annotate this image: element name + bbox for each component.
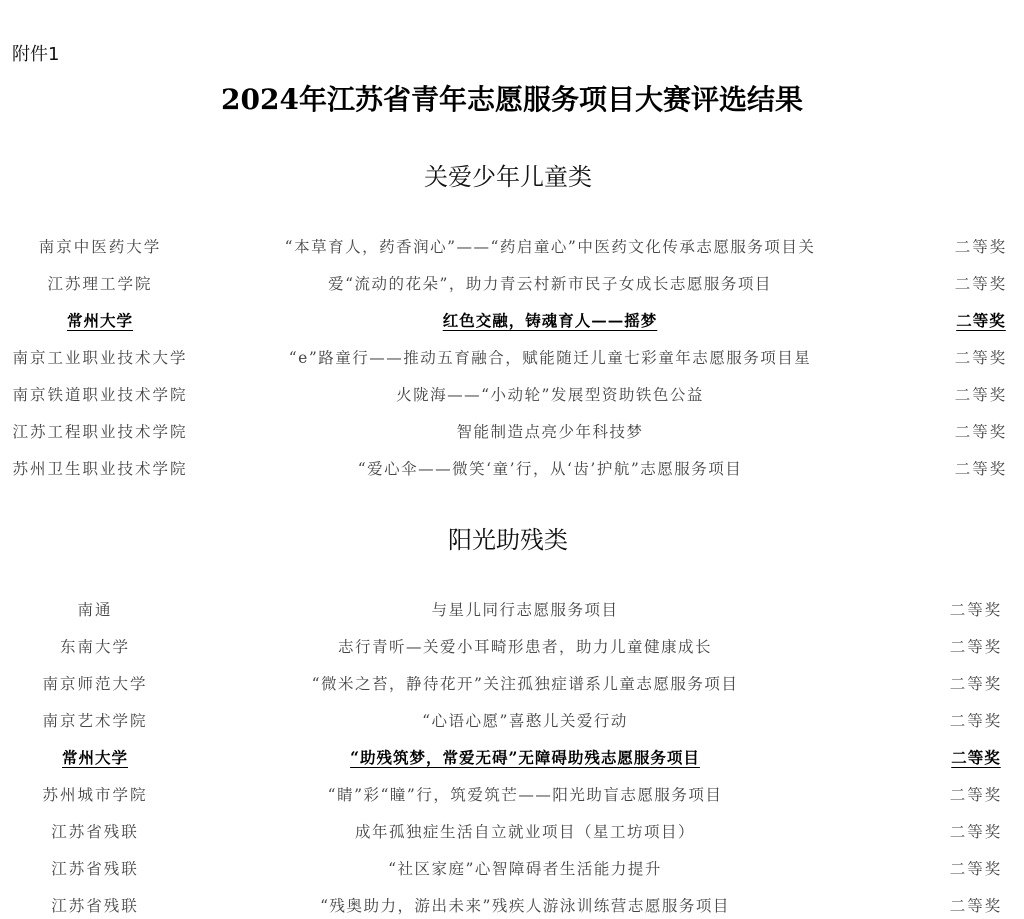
project-name: 爱“流动的花朵”，助力青云村新市民子女成长志愿服务项目 (250, 272, 850, 294)
result-row: 江苏省残联 “残奥助力，游出未来”残疾人游泳训练营志愿服务项目 二等奖 (0, 894, 1024, 919)
organization-name: 东南大学 (0, 635, 190, 657)
result-row: 南京艺术学院 “心语心愿”喜憨儿关爱行动 二等奖 (0, 709, 1024, 737)
award-level: 二等奖 (940, 709, 1012, 731)
result-row-highlighted: 常州大学 红色交融，铸魂育人——摇梦 二等奖 (0, 309, 1024, 337)
project-name: “微米之苔，静待花开”关注孤独症谱系儿童志愿服务项目 (270, 672, 780, 694)
result-row: 江苏省残联 成年孤独症生活自立就业项目（星工坊项目） 二等奖 (0, 820, 1024, 848)
organization-name: 南京工业职业技术大学 (0, 346, 200, 368)
award-level: 二等奖 (945, 420, 1017, 442)
project-name: “残奥助力，游出未来”残疾人游泳训练营志愿服务项目 (270, 894, 780, 916)
result-row: 江苏理工学院 爱“流动的花朵”，助力青云村新市民子女成长志愿服务项目 二等奖 (0, 272, 1024, 300)
result-row: 南京师范大学 “微米之苔，静待花开”关注孤独症谱系儿童志愿服务项目 二等奖 (0, 672, 1024, 700)
result-row: 苏州城市学院 “睛”彩“瞳”行，筑爱筑芒——阳光助盲志愿服务项目 二等奖 (0, 783, 1024, 811)
result-row: 苏州卫生职业技术学院 “爱心伞——微笑‘童’行，从‘齿’护航”志愿服务项目 二等… (0, 457, 1024, 485)
project-name: “睛”彩“瞳”行，筑爱筑芒——阳光助盲志愿服务项目 (270, 783, 780, 805)
award-level: 二等奖 (940, 635, 1012, 657)
award-level: 二等奖 (945, 383, 1017, 405)
project-name: 红色交融，铸魂育人——摇梦 (250, 309, 850, 331)
result-row: 南京铁道职业技术学院 火陇海——“小动轮”发展型资助铁色公益 二等奖 (0, 383, 1024, 411)
award-level: 二等奖 (940, 672, 1012, 694)
project-name: 智能制造点亮少年科技梦 (250, 420, 850, 442)
organization-name: 南京中医药大学 (0, 235, 200, 257)
award-level: 二等奖 (945, 235, 1017, 257)
document-title: 2024年江苏省青年志愿服务项目大赛评选结果 (0, 78, 1024, 118)
award-level: 二等奖 (940, 894, 1012, 916)
project-name: “e”路童行——推动五育融合，赋能随迁儿童七彩童年志愿服务项目星 (250, 346, 850, 368)
result-row: 江苏工程职业技术学院 智能制造点亮少年科技梦 二等奖 (0, 420, 1024, 448)
result-row: 东南大学 志行青听—关爱小耳畸形患者，助力儿童健康成长 二等奖 (0, 635, 1024, 663)
project-name: 火陇海——“小动轮”发展型资助铁色公益 (250, 383, 850, 405)
organization-name: 南京师范大学 (0, 672, 190, 694)
project-name: “爱心伞——微笑‘童’行，从‘齿’护航”志愿服务项目 (250, 457, 850, 479)
organization-name: 江苏理工学院 (0, 272, 200, 294)
section-title-disability-assistance: 阳光助残类 (0, 520, 1016, 555)
result-row: 南京中医药大学 “本草育人，药香润心”——“药启童心”中医药文化传承志愿服务项目… (0, 235, 1024, 263)
organization-name: 苏州卫生职业技术学院 (0, 457, 200, 479)
project-name: “心语心愿”喜憨儿关爱行动 (270, 709, 780, 731)
award-level: 二等奖 (940, 857, 1012, 879)
attachment-label: 附件1 (12, 40, 59, 66)
organization-name: 常州大学 (0, 309, 200, 331)
organization-name: 江苏工程职业技术学院 (0, 420, 200, 442)
result-row: 江苏省残联 “社区家庭”心智障碍者生活能力提升 二等奖 (0, 857, 1024, 885)
project-name: “本草育人，药香润心”——“药启童心”中医药文化传承志愿服务项目关 (250, 235, 850, 257)
organization-name: 常州大学 (0, 746, 190, 768)
award-level: 二等奖 (940, 598, 1012, 620)
award-level: 二等奖 (945, 309, 1017, 331)
project-name: “助残筑梦，常爱无碍”无障碍助残志愿服务项目 (270, 746, 780, 768)
award-level: 二等奖 (945, 346, 1017, 368)
result-row-highlighted: 常州大学 “助残筑梦，常爱无碍”无障碍助残志愿服务项目 二等奖 (0, 746, 1024, 774)
award-level: 二等奖 (940, 746, 1012, 768)
organization-name: 南京铁道职业技术学院 (0, 383, 200, 405)
organization-name: 苏州城市学院 (0, 783, 190, 805)
result-row: 南京工业职业技术大学 “e”路童行——推动五育融合，赋能随迁儿童七彩童年志愿服务… (0, 346, 1024, 374)
project-name: 成年孤独症生活自立就业项目（星工坊项目） (270, 820, 780, 842)
organization-name: 江苏省残联 (0, 857, 190, 879)
organization-name: 南京艺术学院 (0, 709, 190, 731)
award-level: 二等奖 (940, 783, 1012, 805)
organization-name: 江苏省残联 (0, 894, 190, 916)
project-name: “社区家庭”心智障碍者生活能力提升 (270, 857, 780, 879)
result-row: 南通 与星儿同行志愿服务项目 二等奖 (0, 598, 1024, 626)
organization-name: 江苏省残联 (0, 820, 190, 842)
section-title-child-care: 关爱少年儿童类 (0, 157, 1016, 192)
award-level: 二等奖 (940, 820, 1012, 842)
organization-name: 南通 (0, 598, 190, 620)
award-level: 二等奖 (945, 272, 1017, 294)
project-name: 志行青听—关爱小耳畸形患者，助力儿童健康成长 (270, 635, 780, 657)
award-level: 二等奖 (945, 457, 1017, 479)
project-name: 与星儿同行志愿服务项目 (270, 598, 780, 620)
